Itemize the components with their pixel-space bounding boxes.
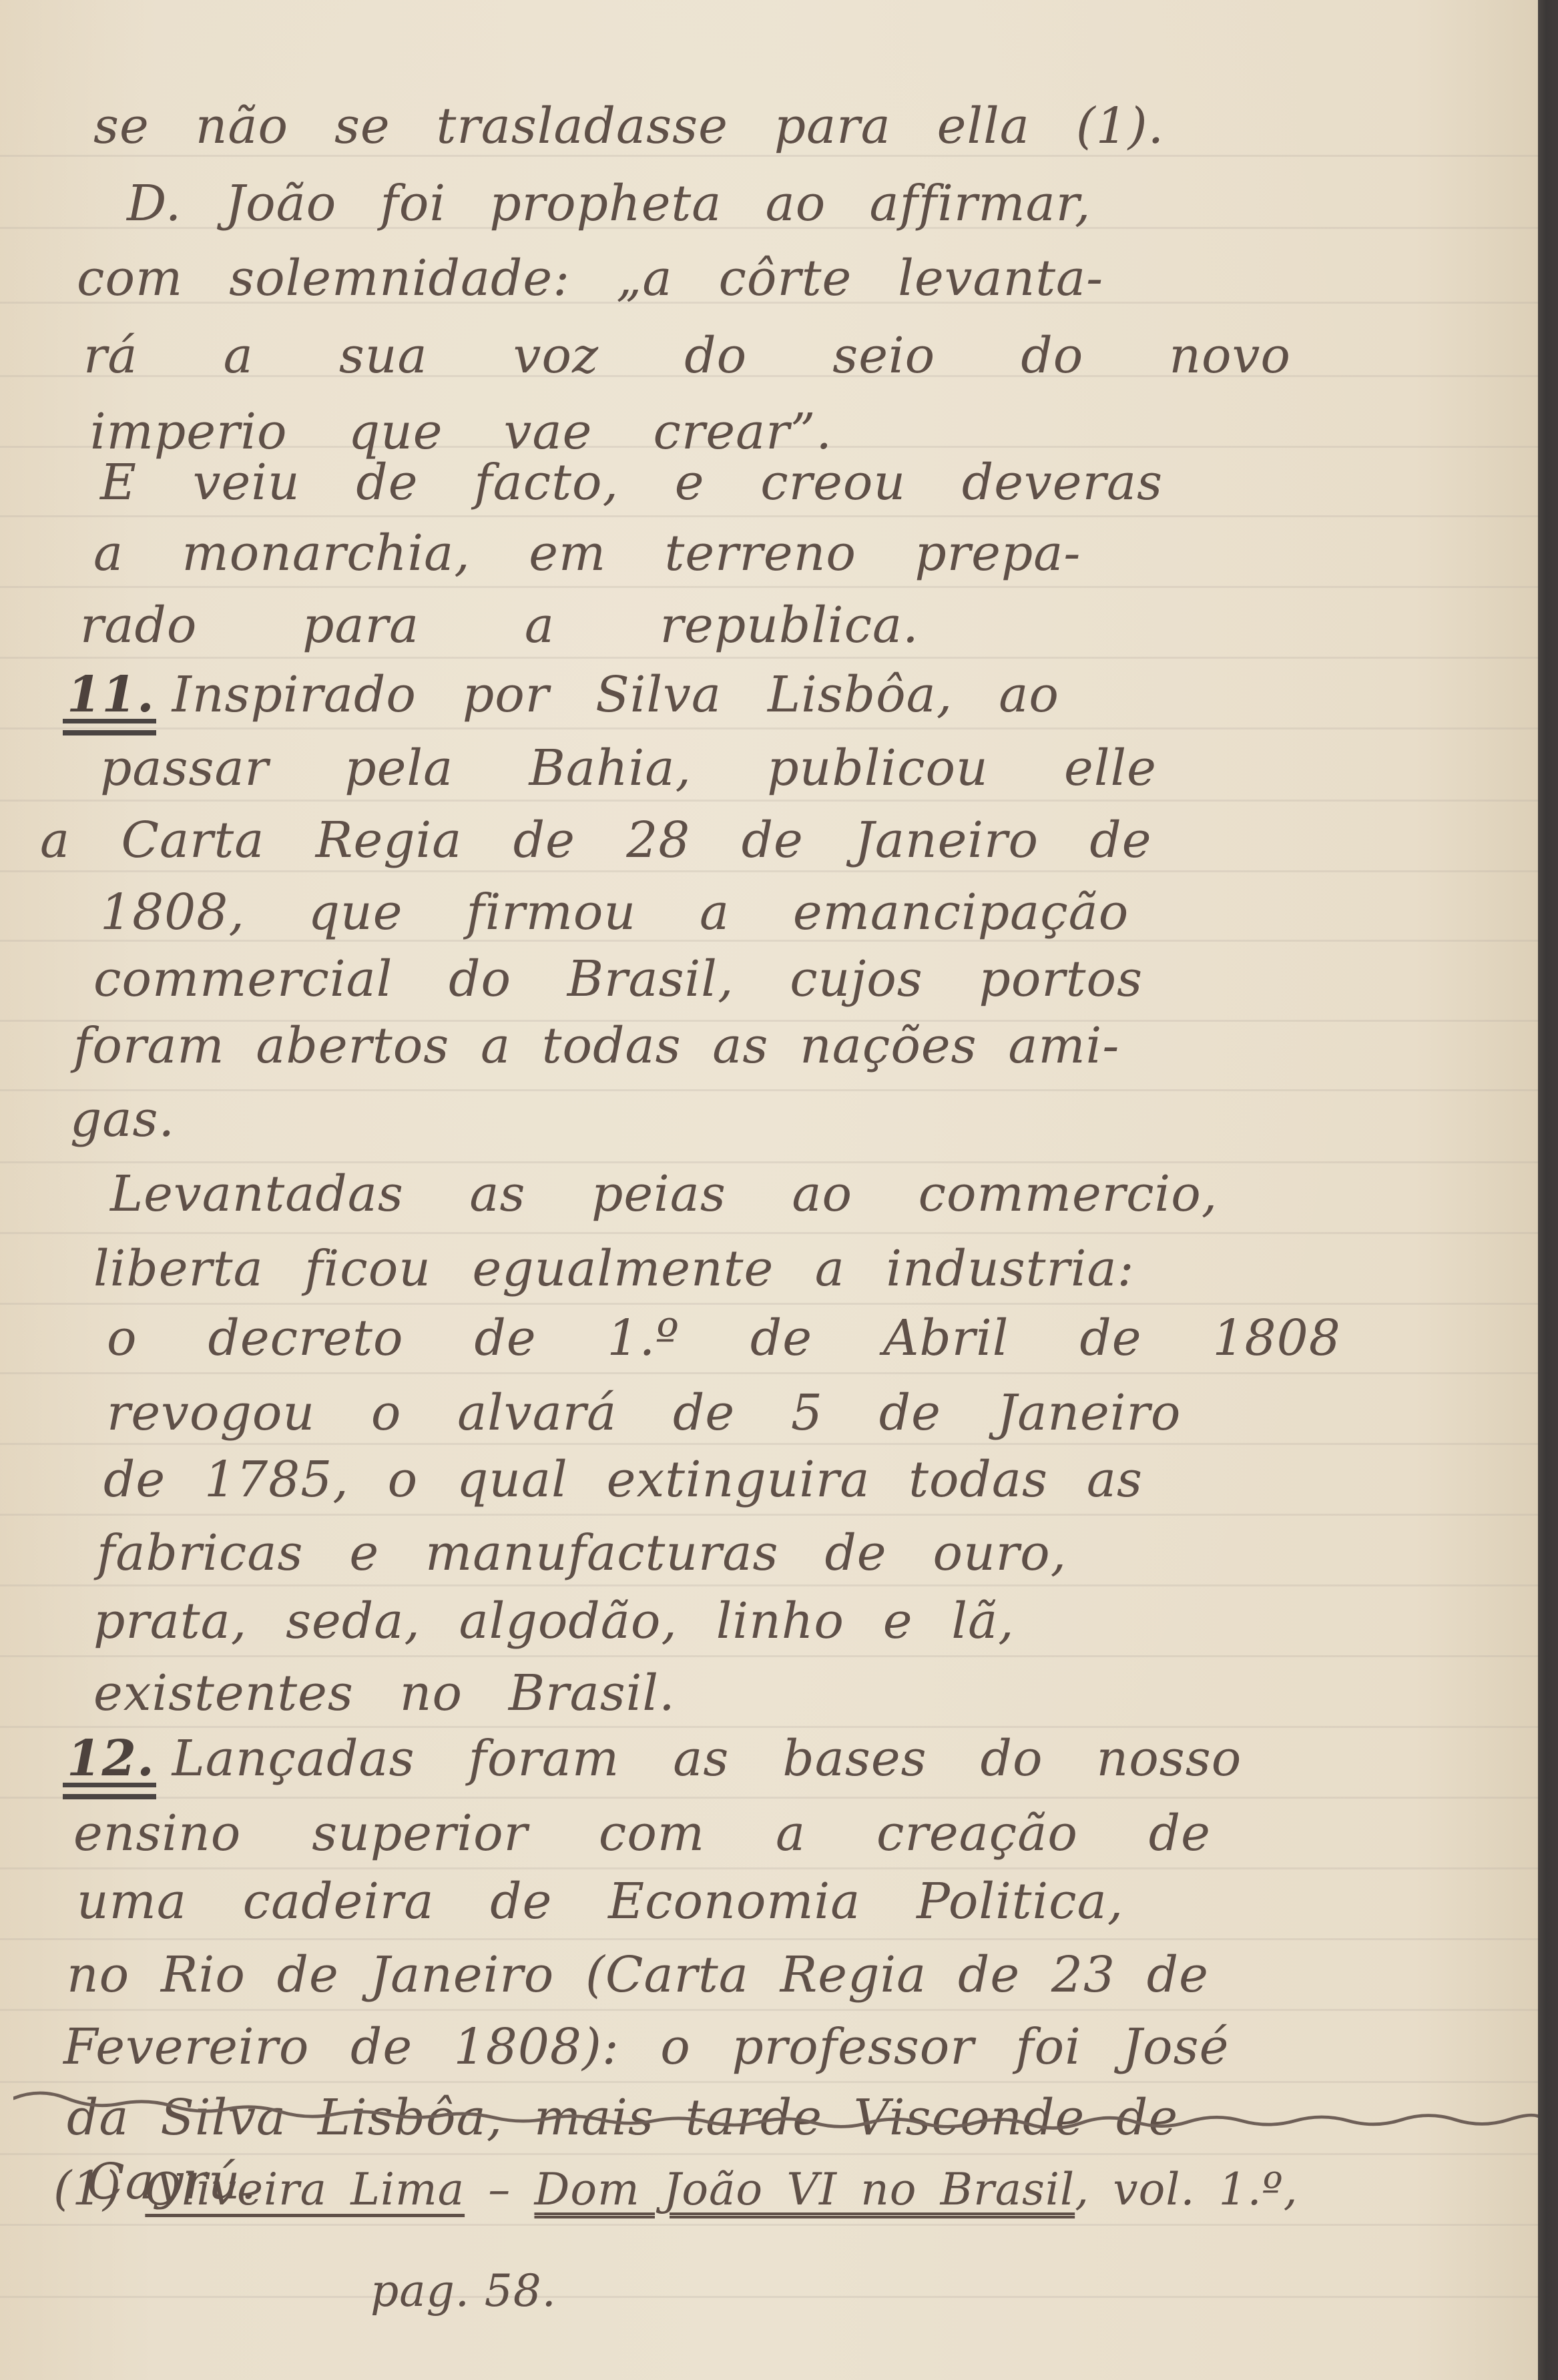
footnote: (1) Oliveira Lima – Dom João VI no Brasi… [53, 2165, 1298, 2212]
ruled-line [0, 1867, 1538, 1869]
book-binding-edge [1538, 0, 1558, 2380]
ruled-line [0, 155, 1538, 157]
ruled-line [0, 586, 1538, 588]
text-line: com solemnidade: „a côrte levanta- [77, 254, 1103, 303]
text-line: gas. [70, 1095, 175, 1144]
text-line: foram abertos a todas as nações ami- [73, 1021, 1119, 1071]
ruled-line [0, 2009, 1538, 2011]
text-line: Fevereiro de 1808): o professor foi José [63, 2022, 1229, 2072]
ruled-line [0, 1372, 1538, 1374]
ruled-line [0, 870, 1538, 872]
text-line ink-light: liberta ficou egualmente a industria: [93, 1244, 1135, 1293]
footnote-author: Oliveira Lima [145, 2164, 465, 2215]
footnote-marker: (1) [53, 2161, 121, 2216]
footnote-separator: – [488, 2164, 511, 2215]
section-12-line: 12.Lançadas foram as bases do nosso [67, 1734, 1242, 1783]
ruled-line [0, 1938, 1538, 1940]
text-line: Inspirado por Silva Lisbôa, ao [172, 666, 1059, 723]
text-line: fabricas e manufacturas de ouro, [97, 1528, 1067, 1578]
text-line: revogou o alvará de 5 de Janeiro [107, 1388, 1181, 1438]
ruled-line [0, 2224, 1538, 2226]
text-line: 1808, que firmou a emancipação [100, 888, 1129, 937]
text-line: a monarchia, em terreno prepa- [93, 529, 1081, 578]
text-line: ensino superior com a creação de [73, 1809, 1211, 1858]
ruled-line [0, 1161, 1538, 1163]
footnote-page: pag. 58. [370, 2269, 557, 2313]
text-line: E veiu de facto, e creou deveras [100, 458, 1163, 507]
text-line: imperio que vae crear”. [90, 407, 832, 457]
ruled-line [0, 1655, 1538, 1657]
text-line: rá a sua voz do seio do novo [83, 331, 1291, 380]
ruled-line [0, 1443, 1538, 1445]
ruled-line [0, 1232, 1538, 1234]
ruled-line [0, 800, 1538, 802]
text-line: Lançadas foram as bases do nosso [172, 1730, 1242, 1787]
ruled-line [0, 657, 1538, 659]
ruled-line [0, 2296, 1538, 2298]
text-line: uma cadeira de Economia Politica, [77, 1877, 1123, 1926]
footnote-divider [13, 2082, 1542, 2136]
text-line: passar pela Bahia, publicou elle [100, 743, 1157, 793]
text-line: prata, seda, algodão, linho e lã, [93, 1596, 1015, 1646]
section-11-line: 11.Inspirado por Silva Lisbôa, ao [67, 670, 1059, 719]
text-line: de 1785, o qual extinguira todas as [103, 1455, 1143, 1504]
text-line: existentes no Brasil. [93, 1669, 676, 1718]
text-line: se não se trasladasse para ella (1). [93, 101, 1164, 151]
ruled-line [0, 1514, 1538, 1516]
text-line: commercial do Brasil, cujos portos [93, 954, 1143, 1004]
ruled-line [0, 1089, 1538, 1091]
text-line: o decreto de 1.º de Abril de 1808 [107, 1313, 1341, 1363]
ruled-line [0, 727, 1538, 729]
text-line: no Rio de Janeiro (Carta Regia de 23 de [67, 1950, 1209, 2000]
ruled-line [0, 1797, 1538, 1799]
ruled-line [0, 515, 1538, 517]
text-line: D. João foi propheta ao affirmar, [127, 179, 1091, 228]
footnote-title: Dom João VI no Brasil [534, 2164, 1075, 2215]
footnote-volume: , vol. 1.º, [1075, 2164, 1298, 2215]
manuscript-page: se não se trasladasse para ella (1). D. … [0, 0, 1538, 2380]
ruled-line [0, 1303, 1538, 1305]
text-line: a Carta Regia de 28 de Janeiro de [40, 816, 1152, 865]
section-number: 12. [67, 1734, 155, 1783]
ruled-line [0, 1584, 1538, 1586]
section-number: 11. [67, 670, 155, 719]
ruled-line [0, 1726, 1538, 1728]
text-line: rado para a republica. [80, 601, 919, 650]
text-line: Levantadas as peias ao commercio, [110, 1169, 1218, 1219]
